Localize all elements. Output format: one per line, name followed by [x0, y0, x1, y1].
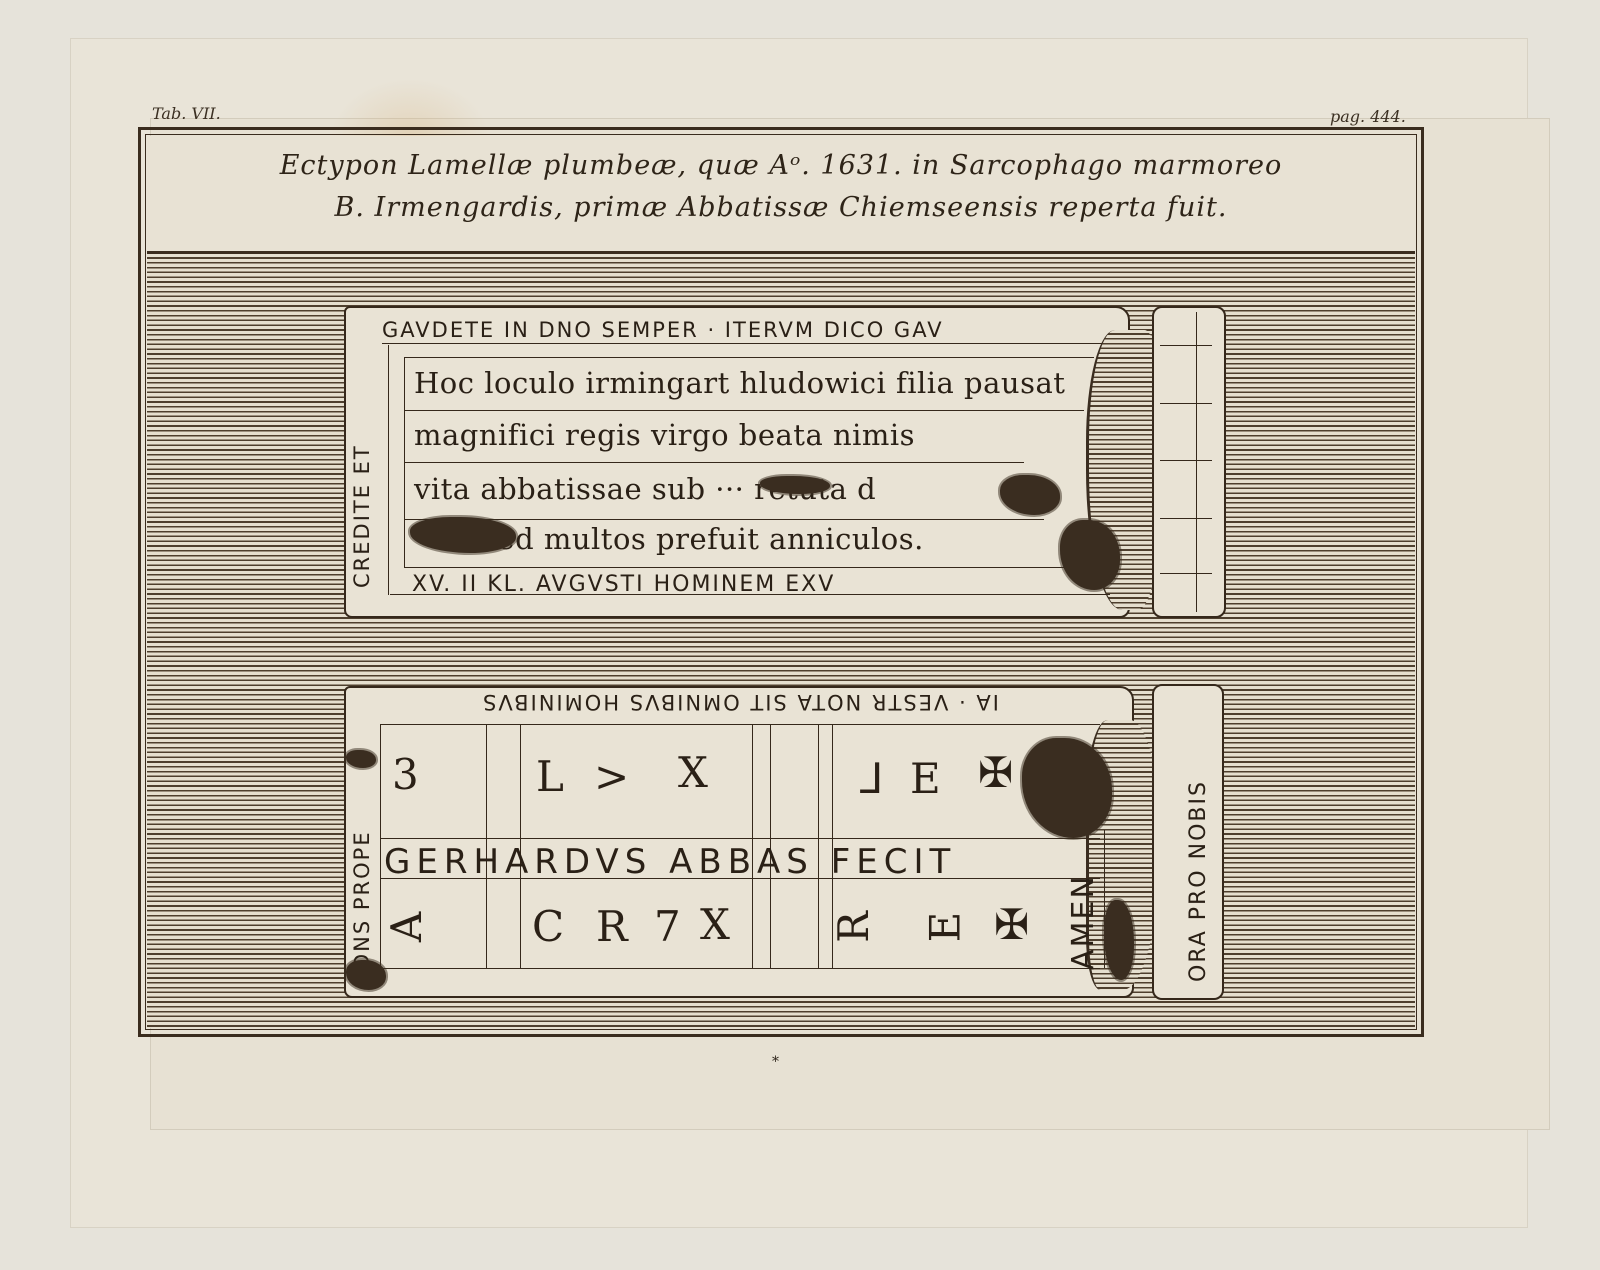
caption-line-1: Ectypon Lamellæ plumbeæ, quæ Aᵒ. 1631. i…: [147, 150, 1415, 181]
rule: [380, 968, 1100, 969]
rule: [404, 462, 1024, 463]
vrule: [388, 345, 389, 595]
fragment-rule: [1160, 573, 1212, 574]
symbol: X: [678, 752, 708, 794]
upper-line-1: Hoc loculo irmingart hludowici filia pau…: [414, 366, 1065, 400]
caption-line-2: B. Irmengardis, primæ Abbatissæ Chiemsee…: [147, 192, 1415, 223]
fragment-rule: [1160, 345, 1212, 346]
fragment-rule: [1160, 518, 1212, 519]
upper-tablet-fragment: [1152, 306, 1226, 618]
lower-left-border-text: DNS PROPE: [350, 740, 374, 970]
symbol: R: [596, 906, 628, 948]
symbol: 3: [392, 754, 419, 796]
rule: [404, 357, 1094, 358]
amen-vertical-text: AMEN: [1066, 880, 1101, 970]
gerhardus-inscription: GERHARDVS ABBAS FECIT: [384, 842, 956, 882]
fragment-rule: [1160, 460, 1212, 461]
cross-symbol: ✠: [978, 752, 1013, 794]
fragment-rule: [1160, 403, 1212, 404]
page-number: pag. 444.: [1330, 107, 1406, 126]
upper-top-border-text: GAVDETE IN DNO SEMPER · ITERVM DICO GAV: [382, 318, 944, 342]
upper-line-2: magnifici regis virgo beata nimis: [414, 418, 915, 452]
symbol: C: [532, 906, 564, 948]
symbol: X: [700, 904, 730, 946]
symbol: L: [536, 756, 564, 798]
symbol: E: [924, 912, 966, 943]
ora-pro-nobis-text: ORA PRO NOBIS: [1186, 692, 1211, 982]
rule: [382, 343, 1102, 344]
symbol: ⅃: [860, 758, 883, 800]
upper-line-5: XV. II KL. AVGVSTI HOMINEM EXV: [412, 572, 835, 597]
lower-top-border-text: IA · VESTR NOTA SIT OMNIBVS HOMINIBVS: [350, 690, 1130, 714]
symbol: >: [594, 756, 629, 798]
caption-band: Ectypon Lamellæ plumbeæ, quæ Aᵒ. 1631. i…: [147, 136, 1415, 254]
symbol: E: [910, 758, 941, 800]
vrule: [380, 724, 381, 968]
plate-number: Tab. VII.: [152, 104, 221, 123]
upper-left-border-text: CREDITE ET: [350, 318, 374, 588]
symbol: 7: [654, 906, 681, 948]
rule: [380, 724, 1100, 725]
symbol: A: [386, 912, 428, 942]
footer-star-mark: *: [772, 1054, 779, 1070]
cross-symbol: ✠: [994, 904, 1029, 946]
symbol: R: [833, 911, 875, 943]
rule: [404, 519, 1044, 520]
fragment-vrule: [1196, 312, 1197, 612]
rule: [380, 838, 1100, 839]
rule: [404, 567, 1084, 568]
rule: [404, 410, 1084, 411]
